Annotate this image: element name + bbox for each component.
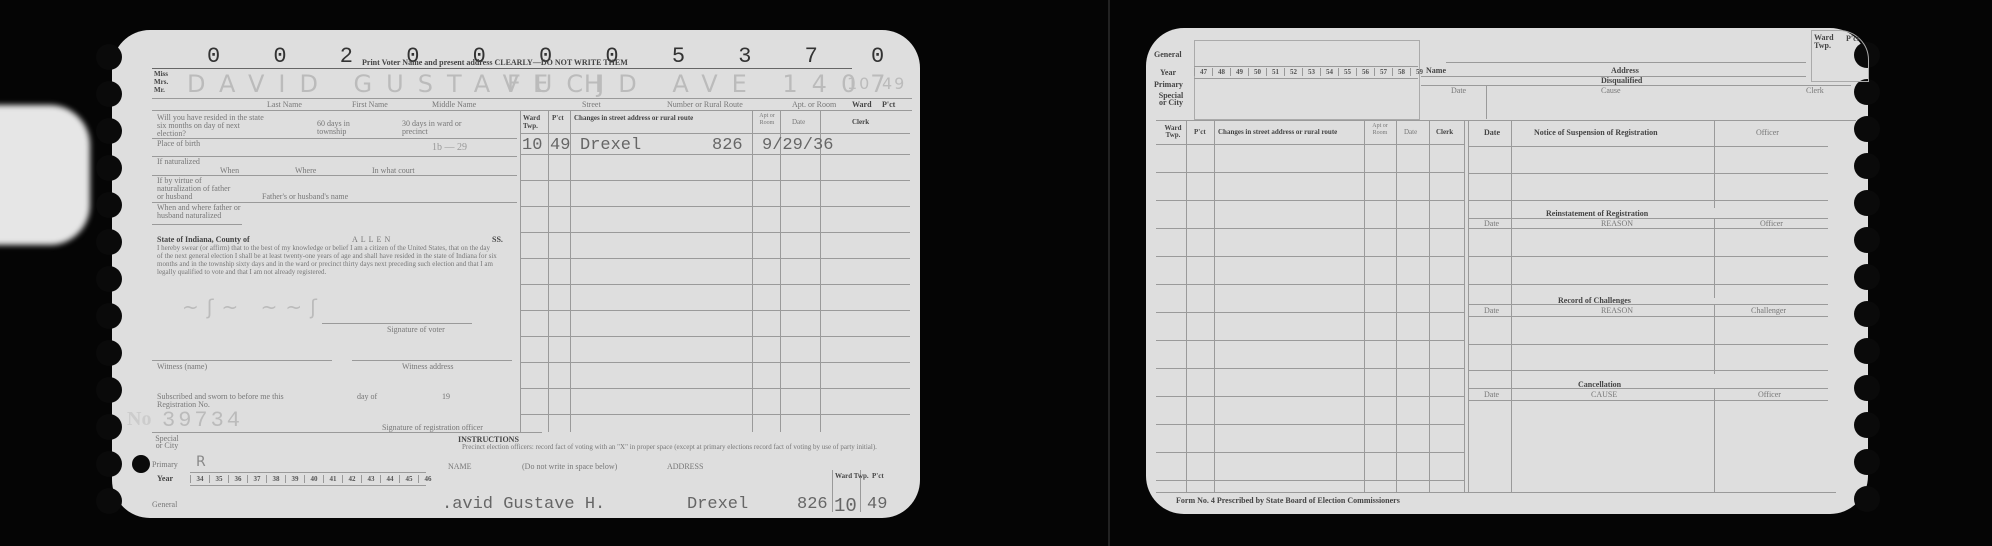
pct-handwritten: 49 <box>882 74 906 93</box>
challenges-header-reason: REASON <box>1601 306 1633 315</box>
reinstatement-header-officer: Officer <box>1760 219 1783 228</box>
label-apt-room: Apt. or Room <box>792 100 836 109</box>
typed-pct: 49 <box>867 495 887 514</box>
index-hole <box>132 455 150 473</box>
disqualified-title: Disqualified <box>1601 76 1642 85</box>
suspension-header-notice: Notice of Suspension of Registration <box>1534 128 1658 137</box>
reinstatement-header-date: Date <box>1484 219 1499 228</box>
cancellation-header-cause: CAUSE <box>1591 390 1617 399</box>
label-middle-name: Middle Name <box>432 100 476 109</box>
fathers-name-label: Father's or husband's name <box>262 192 348 201</box>
back-change-header-ward: Ward Twp. <box>1162 125 1184 139</box>
image-divider <box>1108 0 1110 546</box>
back-grid-label-year: Year <box>1160 68 1176 77</box>
back-change-header-street: Changes in street address or rural route <box>1218 128 1337 136</box>
bottom-address-label: ADDRESS <box>667 462 703 471</box>
change-header-ward: Ward Twp. <box>523 114 547 130</box>
birth-handwritten: 1b — 29 <box>432 142 467 153</box>
punch-holes-right <box>1854 42 1880 512</box>
back-grid-label-primary: Primary <box>1154 80 1183 89</box>
back-ward-twp: Ward Twp. <box>1814 34 1834 50</box>
where-label: Where <box>295 166 316 175</box>
bottom-name-label: NAME <box>448 462 472 471</box>
label-pct: P'ct <box>882 100 895 109</box>
when-where-father-label: When and where father or husband natural… <box>157 204 252 220</box>
back-name-label: Name <box>1426 66 1446 75</box>
registration-number: 39734 <box>162 408 243 433</box>
punch-holes-left <box>96 44 122 514</box>
signature-of-voter-label: Signature of voter <box>387 325 445 334</box>
instructions-text: Precinct election officers: record fact … <box>462 443 882 451</box>
day-of-label: day of <box>357 392 377 401</box>
change-header-clerk: Clerk <box>852 118 869 126</box>
salutation-labels: MissMrs.Mr. <box>154 70 168 94</box>
back-pct: P'ct <box>1846 34 1859 43</box>
back-change-header-date: Date <box>1404 128 1417 136</box>
back-change-header-apt: Apt or Room <box>1366 123 1394 137</box>
suspension-header-date: Date <box>1484 128 1500 137</box>
bottom-ward-label: Ward Twp. <box>835 472 869 480</box>
blurred-adjacent-card <box>0 105 90 245</box>
witness-name-label: Witness (name) <box>157 362 207 371</box>
label-street: Street <box>582 100 601 109</box>
address-handwritten: FUCJD AVE 1407 <box>507 70 900 98</box>
residence-question: Will you have resided in the state six m… <box>157 114 267 138</box>
front-year-row: 34353637383940414243444546 <box>190 475 437 483</box>
typed-ward: 10 <box>834 495 857 517</box>
back-year-row: 47484950515253545556575859 <box>1194 68 1428 76</box>
back-grid-label-special: Special or City <box>1156 92 1186 106</box>
back-change-header-clerk: Clerk <box>1436 128 1453 136</box>
form-footer: Form No. 4 Prescribed by State Board of … <box>1176 496 1400 505</box>
witness-address-label: Witness address <box>402 362 453 371</box>
bottom-pct-label: P'ct <box>872 472 884 480</box>
signature-officer-label: Signature of registration officer <box>382 423 483 432</box>
change-header-date: Date <box>792 118 805 126</box>
registration-card-back: General Year Primary Special or City 474… <box>1146 28 1868 514</box>
cancellation-header-date: Date <box>1484 390 1499 399</box>
grid-label-special: Special or City <box>152 435 182 449</box>
oath-heading: State of Indiana, County of <box>157 235 250 244</box>
label-ward: Ward <box>852 100 872 109</box>
back-change-header-pct: P'ct <box>1194 128 1206 136</box>
grid-label-general: General <box>152 500 177 509</box>
reinstatement-title: Reinstatement of Registration <box>1546 209 1648 218</box>
cancellation-header-officer: Officer <box>1758 390 1781 399</box>
grid-label-year: Year <box>157 474 173 483</box>
reinstatement-header-reason: REASON <box>1601 219 1633 228</box>
registration-card-front: 0 0 2 0 0 0 0 5 3 7 0 Print Voter Name a… <box>112 30 920 518</box>
back-grid-label-general: General <box>1154 50 1182 59</box>
grid-label-primary: Primary <box>152 460 178 469</box>
typed-street: Drexel <box>687 495 748 514</box>
ss-label: SS. <box>492 235 503 244</box>
change-header-pct: P'ct <box>552 114 564 122</box>
disq-header-clerk: Clerk <box>1806 86 1824 95</box>
number-symbol: No <box>127 408 151 431</box>
label-last-name: Last Name <box>267 100 302 109</box>
suspension-header-officer: Officer <box>1756 128 1779 137</box>
change-header-street: Changes in street address or rural route <box>574 114 693 122</box>
disq-header-cause: Cause <box>1601 86 1621 95</box>
place-of-birth-label: Place of birth <box>157 140 207 148</box>
days-ward: 30 days in ward or precinct <box>402 120 482 136</box>
days-township: 60 days in township <box>317 120 377 136</box>
label-first-name: First Name <box>352 100 388 109</box>
court-label: In what court <box>372 166 415 175</box>
do-not-write-label: (Do not write in space below) <box>522 462 617 471</box>
primary-mark-34: R <box>196 454 206 470</box>
county-value: ALLEN <box>352 235 393 244</box>
header-instruction: Print Voter Name and present address CLE… <box>362 58 628 67</box>
typed-number: 826 <box>797 495 828 514</box>
label-number: Number or Rural Route <box>667 100 743 109</box>
father-naturalization-label: If by virtue of naturalization of father… <box>157 177 232 201</box>
oath-text: I hereby swear (or affirm) that to the b… <box>157 244 497 276</box>
voter-signature: ~ʃ~ ~~ʃ <box>182 295 325 319</box>
back-address-label: Address <box>1611 66 1639 75</box>
year-prefix: 19 <box>442 392 450 401</box>
when-label: When <box>220 166 239 175</box>
typed-name: .avid Gustave H. <box>442 495 605 514</box>
disq-header-date: Date <box>1451 86 1466 95</box>
naturalized-label: If naturalized <box>157 158 212 166</box>
change-header-apt: Apt or Room <box>755 113 779 127</box>
challenges-header-date: Date <box>1484 306 1499 315</box>
challenges-header-challenger: Challenger <box>1751 306 1786 315</box>
ward-handwritten: 10 <box>847 74 871 93</box>
